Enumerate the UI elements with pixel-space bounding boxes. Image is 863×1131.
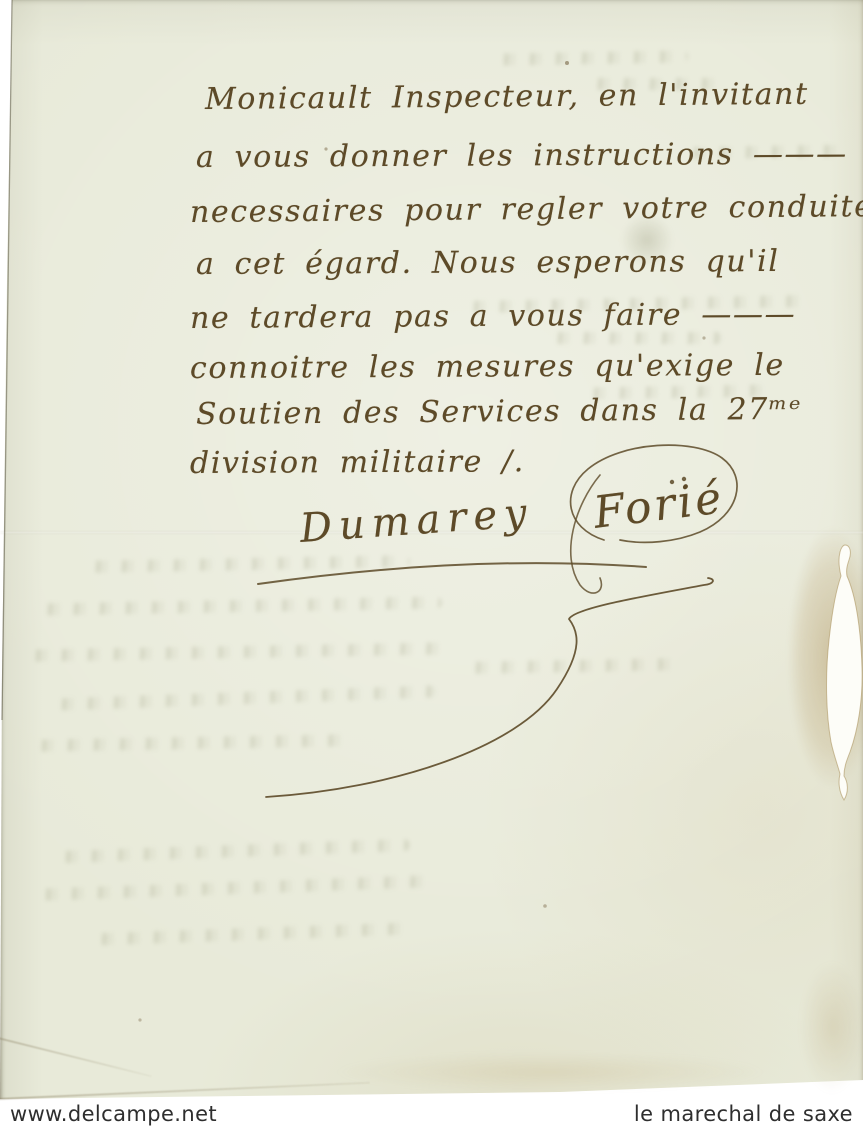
bleedthrough-ghost: [552, 332, 722, 344]
handwriting-line: connoitre les mesures qu'exige le: [190, 348, 785, 386]
watermark-site: www.delcampe.net: [10, 1102, 217, 1126]
handwriting-line: Soutien des Services dans la 27ᵐᵉ: [196, 392, 802, 432]
handwriting-line: a vous donner les instructions ———: [196, 137, 848, 175]
handwriting-line: Monicault Inspecteur, en l'invitant: [205, 77, 809, 117]
handwriting-line: division militaire /.: [190, 444, 525, 481]
handwriting-line: ne tardera pas a vous faire ———: [190, 297, 796, 336]
handwriting-line: a cet égard. Nous esperons qu'il: [196, 244, 780, 282]
handwriting-line: necessaires pour regler votre conduite: [190, 189, 863, 230]
document-scan: Monicault Inspecteur, en l'invitant a vo…: [0, 0, 863, 1131]
watermark-seller: le marechal de saxe: [634, 1102, 853, 1126]
